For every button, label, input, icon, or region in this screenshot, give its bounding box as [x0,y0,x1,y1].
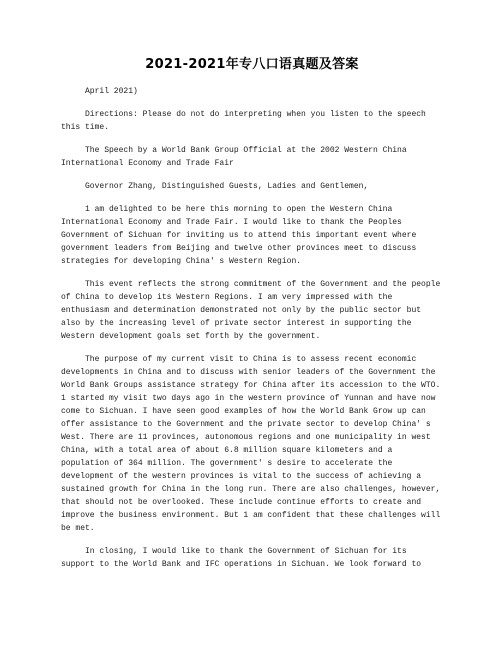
document-body: April 2021) Directions: Please do not do… [61,85,443,571]
paragraph-directions: Directions: Please do not do interpretin… [61,108,443,134]
paragraph-speech-heading: The Speech by a World Bank Group Officia… [61,144,443,170]
paragraph-date-line: April 2021) [61,85,443,98]
paragraph-salutation: Governor Zhang, Distinguished Guests, La… [61,180,443,193]
paragraph-opening-remarks: 1 am delighted to be here this morning t… [61,203,443,268]
document-page: 2021-2021年专八口语真题及答案 April 2021) Directio… [0,0,502,649]
paragraph-visit-purpose: The purpose of my current visit to China… [61,353,443,535]
paragraph-event-commitment: This event reflects the strong commitmen… [61,278,443,343]
paragraph-closing: In closing, I would like to thank the Go… [61,545,443,571]
document-title: 2021-2021年专八口语真题及答案 [61,57,443,72]
